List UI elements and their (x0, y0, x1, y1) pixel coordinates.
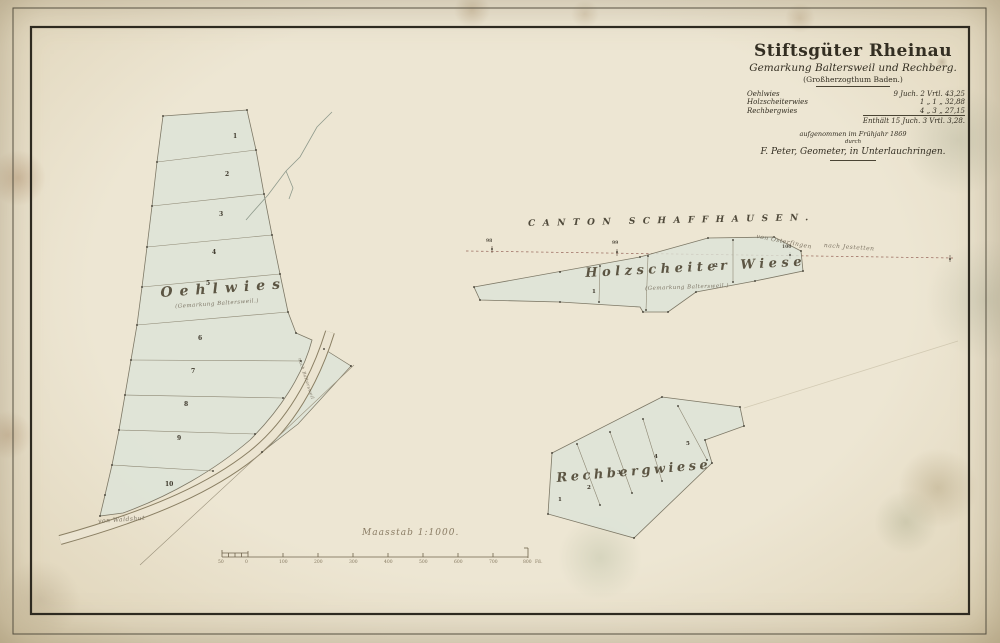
scalebar-tick-700: 700 (489, 561, 498, 566)
area-row: Rechbergwies4 „ 3 „ 27,15 (747, 107, 965, 115)
survey-point (282, 397, 284, 399)
survey-point (704, 439, 706, 441)
oehlwies-strip-4: 4 (212, 250, 216, 256)
survey-point (639, 256, 641, 258)
title-block: Stiftsgüter Rheinau Gemarkung Balterswei… (733, 41, 973, 164)
scalebar-tick-600: 600 (454, 561, 463, 566)
survey-point (695, 291, 697, 293)
scalebar-unit: Fß. (535, 561, 543, 566)
survey-point (800, 250, 802, 252)
survey-point (254, 433, 256, 435)
survey-point (118, 429, 120, 431)
survey-point (754, 280, 756, 282)
survey-point (645, 309, 647, 311)
survey-point (743, 425, 745, 427)
survey-point (559, 301, 561, 303)
survey-point (732, 239, 734, 241)
survey-point (707, 237, 709, 239)
oehlwies-strip-7: 7 (191, 369, 195, 375)
survey-point (255, 149, 257, 151)
survey-point (802, 270, 804, 272)
survey-point (711, 462, 713, 464)
survey-point (559, 271, 561, 273)
survey-point (323, 348, 325, 350)
boundary-stone-98: 98 (486, 240, 492, 245)
survey-point (261, 451, 263, 453)
surveyor-signature: F. Peter, Geometer, in Unterlauchringen. (733, 147, 973, 157)
survey-point (642, 418, 644, 420)
survey-point (739, 406, 741, 408)
rechberg-strip-3: 3 (617, 471, 621, 477)
boundary-stone-100: 100 (782, 246, 791, 251)
survey-point (547, 513, 549, 515)
survey-point (576, 443, 578, 445)
scalebar-tick-0: 0 (245, 561, 248, 566)
survey-point (661, 396, 663, 398)
survey-point (151, 205, 153, 207)
area-row: Holzscheiterwies1 „ 1 „ 32,88 (747, 98, 965, 106)
scalebar-tick-100: 100 (279, 561, 288, 566)
survey-point (104, 494, 106, 496)
scalebar-tick-50: 50 (218, 561, 224, 566)
survey-point (295, 332, 297, 334)
rechberg-strip-2: 2 (587, 486, 591, 492)
map-subtitle-region: (Großherzogthum Baden.) (733, 75, 973, 84)
survey-point (279, 273, 281, 275)
area-row-name: Oehlwies (747, 90, 780, 98)
survey-note-durch: durch (733, 139, 973, 145)
oehlwies-strip-6: 6 (198, 336, 202, 342)
rechberg-strip-5: 5 (686, 442, 690, 448)
survey-point (633, 537, 635, 539)
survey-point (130, 359, 132, 361)
scalebar-title: Maasstab 1:1000. (362, 529, 459, 538)
oehlwies-strip-3: 3 (219, 212, 223, 218)
oehlwies-strip-1: 1 (233, 134, 237, 140)
oehlwies-strip-10: 10 (165, 482, 173, 488)
survey-point (642, 311, 644, 313)
survey-point (473, 286, 475, 288)
survey-point (124, 394, 126, 396)
scalebar-tick-800: 800 (523, 561, 532, 566)
scalebar-tick-300: 300 (349, 561, 358, 566)
survey-point (212, 470, 214, 472)
area-total: Enthält 15 Juch. 3 Vrtl. 3,28. (863, 115, 965, 125)
survey-point (661, 480, 663, 482)
survey-point (156, 161, 158, 163)
survey-point (246, 109, 248, 111)
area-table: Oehlwies9 Juch. 2 Vrtl. 43,25Holzscheite… (747, 90, 965, 115)
map-sheet: CANTON SCHAFFHAUSEN.von Osterfingennach … (0, 0, 1000, 643)
survey-point (631, 492, 633, 494)
holz-strip-2: 2 (714, 264, 718, 270)
scalebar-tick-400: 400 (384, 561, 393, 566)
area-row-name: Holzscheiterwies (747, 98, 808, 106)
oehlwies-strip-2: 2 (225, 172, 229, 178)
survey-point (732, 281, 734, 283)
survey-point (287, 311, 289, 313)
survey-note: aufgenommen im Frühjahr 1869 (733, 130, 973, 138)
oehlwies-strip-8: 8 (184, 402, 188, 408)
survey-point (667, 311, 669, 313)
survey-point (491, 248, 493, 250)
survey-point (551, 452, 553, 454)
survey-point (647, 255, 649, 257)
survey-point (136, 324, 138, 326)
survey-point (111, 464, 113, 466)
paper-crease-line (744, 341, 958, 408)
oehlwies-strip-5: 5 (206, 281, 210, 287)
area-row-value: 9 Juch. 2 Vrtl. 43,25 (894, 90, 966, 98)
survey-point (479, 299, 481, 301)
map-subtitle: Gemarkung Baltersweil und Rechberg. (733, 62, 973, 74)
survey-point (949, 258, 951, 260)
survey-point (146, 246, 148, 248)
rechberg-strip-4: 4 (654, 455, 658, 461)
survey-point (677, 405, 679, 407)
survey-point (99, 515, 101, 517)
scalebar-tick-500: 500 (419, 561, 428, 566)
area-row: Oehlwies9 Juch. 2 Vrtl. 43,25 (747, 90, 965, 98)
map-title: Stiftsgüter Rheinau (733, 41, 973, 61)
rechberg-strip-1: 1 (558, 498, 562, 504)
area-row-value: 4 „ 3 „ 27,15 (920, 107, 965, 115)
survey-point (598, 301, 600, 303)
area-row-value: 1 „ 1 „ 32,88 (920, 98, 965, 106)
survey-point (609, 431, 611, 433)
survey-point (141, 286, 143, 288)
scalebar-graphic (222, 548, 528, 558)
survey-point (350, 365, 352, 367)
area-row-name: Rechbergwies (747, 107, 797, 115)
survey-point (271, 234, 273, 236)
survey-point (599, 504, 601, 506)
title-divider (816, 86, 890, 87)
survey-point (616, 251, 618, 253)
oehlwies-strip-9: 9 (177, 436, 181, 442)
boundary-stone-99: 99 (612, 242, 618, 247)
survey-point (263, 193, 265, 195)
survey-point (162, 115, 164, 117)
holz-strip-1: 1 (592, 290, 596, 296)
scalebar-tick-200: 200 (314, 561, 323, 566)
oehlwies-parcel-shape (100, 110, 312, 516)
signature-divider (830, 160, 876, 161)
